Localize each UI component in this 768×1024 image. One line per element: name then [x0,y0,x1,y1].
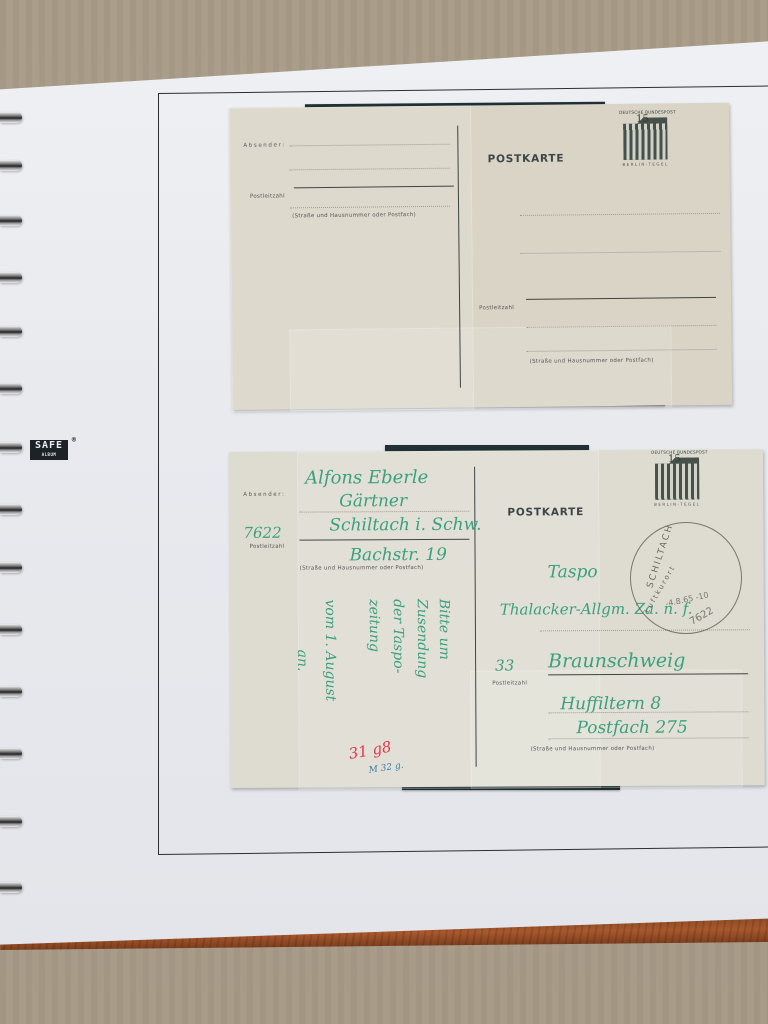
address-line [521,251,721,254]
sender-postcode: 7622 [243,524,281,542]
printed-stamp: DEUTSCHE BUNDESPOST 15 BERLIN-TEGEL [651,450,703,512]
sender-label: Absender: [243,142,285,148]
binder-ring [0,686,22,697]
message-line: Zusendung [414,599,430,678]
binder-ring [0,326,22,337]
printed-stamp: DEUTSCHE BUNDESPOST 15 BERLIN-TEGEL [619,109,672,172]
street-label: (Straße und Hausnummer oder Postfach) [292,212,416,219]
sender-occupation: Gärtner [339,491,407,511]
postcode-label: Postleitzahl [249,544,284,550]
recipient-line1: Taspo [548,562,598,582]
recipient-pobox: Postfach 275 [576,718,687,739]
safe-album-logo: SAFE ALBUM ® [30,440,68,460]
recipient-postcode-label: Postleitzahl [492,680,527,686]
recipient-street: Huffiltern 8 [560,694,661,715]
building-icon [655,464,699,500]
sender-street: Bachstr. 19 [349,545,446,566]
message-line: Bitte um [436,599,452,660]
building-icon [623,123,667,159]
postmark-cancel: SCHILTACH Luftkurort -4.8.65 -10 7622 [630,522,742,634]
postkarte-title: POSTKARTE [487,152,564,165]
recipient-postcode-label: Postleitzahl [479,305,514,311]
stamp-caption: BERLIN-TEGEL [651,502,703,507]
postmark-date: -4.8.65 -10 [665,591,710,609]
message-line: zeitung [366,599,382,652]
binder-ring [0,882,22,893]
stamp-caption: BERLIN-TEGEL [620,161,672,167]
sender-label: Absender: [243,492,285,498]
postmark-postcode: 7622 [688,605,716,627]
address-line [520,213,720,216]
address-line [540,629,750,631]
binder-ring [0,272,22,283]
message-line: an. [294,650,310,672]
binder-ring [0,160,22,171]
binder-ring [0,112,22,123]
logo-sub: ALBUM [30,452,68,458]
binder-ring [0,748,22,759]
sender-name: Alfons Eberle [305,467,428,489]
binder-ring [0,442,22,453]
message-line: vom 1. August [322,599,339,701]
postcode-label: Postleitzahl [250,193,285,199]
logo-brand: SAFE [35,440,63,451]
recipient-postcode-line [526,297,716,300]
recipient-street-label: (Straße und Hausnummer oder Postfach) [531,746,655,753]
sender-town: Schiltach i. Schw. [329,515,481,536]
binder-ring [0,562,22,573]
recipient-city: Braunschweig [548,650,685,673]
postcard-blank: Absender: Postleitzahl (Straße und Hausn… [229,103,732,410]
recipient-postcode: 33 [495,657,514,675]
binder-ring [0,624,22,635]
binder-ring [0,816,22,827]
street-label: (Straße und Hausnummer oder Postfach) [300,565,424,572]
registered-mark: ® [72,434,77,446]
binder-ring [0,215,22,226]
postkarte-title: POSTKARTE [507,506,584,518]
mount-sleeve [289,325,672,411]
binder-ring [0,383,22,394]
message-line: der Taspo- [390,599,406,673]
binder-ring [0,504,22,515]
